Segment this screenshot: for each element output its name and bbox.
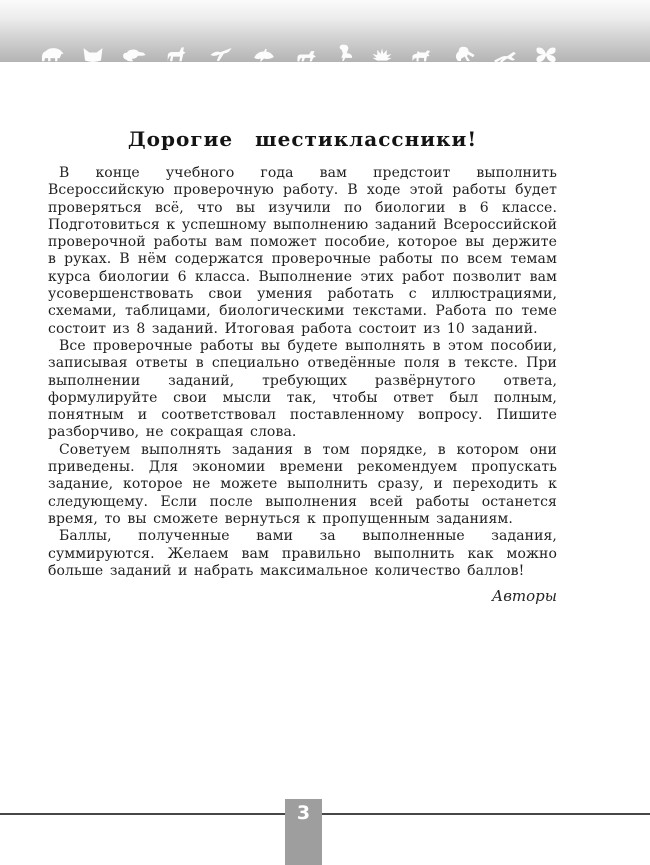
paragraph-instructions: Все проверочные работы вы будете выполня…: [48, 338, 557, 442]
paragraph-intro: В конце учебного года вам предстоит выпо…: [48, 165, 557, 338]
page-content: Дорогие шестиклассники! В конце учебного…: [48, 0, 557, 605]
body-text: В конце учебного года вам предстоит выпо…: [48, 165, 557, 580]
page-title: Дорогие шестиклассники!: [48, 127, 557, 151]
book-page: Дорогие шестиклассники! В конце учебного…: [0, 0, 650, 865]
authors-signature: Авторы: [48, 587, 557, 605]
footer-rule: [0, 813, 650, 815]
page-number: 3: [285, 799, 322, 825]
paragraph-advice: Советуем выполнять задания в том порядке…: [48, 442, 557, 528]
page-number-tab: 3: [285, 799, 322, 865]
paragraph-scoring: Баллы, полученные вами за выполненные за…: [48, 528, 557, 580]
